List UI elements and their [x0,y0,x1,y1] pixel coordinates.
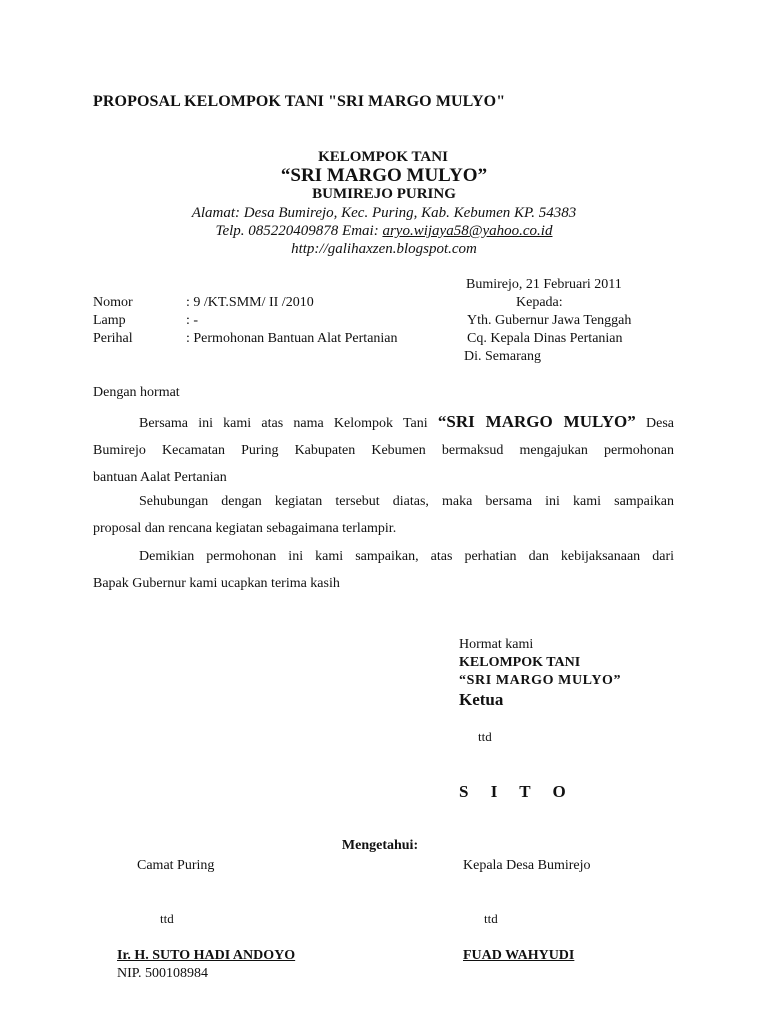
closing: Hormat kami [459,637,533,653]
paragraph-2-line-2: proposal dan rencana kegiatan sebagaiman… [93,515,674,542]
recipient-line-1: Yth. Gubernur Jawa Tenggah [467,313,631,329]
lamp-value: : - [186,313,198,329]
signatory-name: S I T O [459,782,575,802]
camat-ttd: ttd [160,911,174,927]
letterhead-contact: Telp. 085220409878 Emai: aryo.wijaya58@y… [0,223,768,240]
kepada-label: Kepada: [516,295,563,311]
paragraph-1-line-3: bantuan Aalat Pertanian [93,464,674,491]
kepala-desa-ttd: ttd [484,911,498,927]
document-title: PROPOSAL KELOMPOK TANI "SRI MARGO MULYO" [93,93,505,111]
paragraph-2-line-1: Sehubungan dengan kegiatan tersebut diat… [93,488,674,515]
camat-name: Ir. H. SUTO HADI ANDOYO [117,948,295,964]
letterhead-website: http://galihaxzen.blogspot.com [0,241,768,258]
signature-role: Ketua [459,690,503,710]
perihal-value: : Permohonan Bantuan Alat Pertanian [186,331,398,347]
letterhead-org-type: KELOMPOK TANI [0,149,767,166]
letterhead-address: Alamat: Desa Bumirejo, Kec. Puring, Kab.… [0,205,768,222]
letterhead-email-link[interactable]: aryo.wijaya58@yahoo.co.id [382,223,552,239]
kepala-desa-title: Kepala Desa Bumirejo [463,858,591,874]
paragraph-1-line-2: Bumirejo Kecamatan Puring Kabupaten Kebu… [93,437,674,464]
recipient-line-3: Di. Semarang [464,349,541,365]
letterhead-org-name: “SRI MARGO MULYO” [0,165,768,187]
paragraph-1: Bersama ini kami atas nama Kelompok Tani… [93,408,674,491]
greeting: Dengan hormat [93,385,180,401]
camat-nip: NIP. 500108984 [117,966,208,982]
paragraph-3-line-1: Demikian permohonan ini kami sampaikan, … [93,543,674,570]
acknowledgement-heading: Mengetahui: [0,838,764,854]
signature-org-type: KELOMPOK TANI [459,655,580,671]
letterhead-location: BUMIREJO PURING [0,186,768,203]
signature-org-name: “SRI MARGO MULYO” [459,673,621,689]
brand-name-inline: “SRI MARGO MULYO” [438,412,636,431]
nomor-value: : 9 /KT.SMM/ II /2010 [186,295,314,311]
paragraph-3-line-2: Bapak Gubernur kami ucapkan terima kasih [93,570,674,597]
paragraph-1-line-1: Bersama ini kami atas nama Kelompok Tani… [93,408,674,437]
paragraph-2: Sehubungan dengan kegiatan tersebut diat… [93,488,674,542]
letterhead-phone: Telp. 085220409878 Emai: [216,223,383,239]
kepala-desa-name: FUAD WAHYUDI [463,948,574,964]
nomor-label: Nomor [93,295,133,311]
signature-ttd: ttd [478,729,492,745]
perihal-label: Perihal [93,331,133,347]
paragraph-3: Demikian permohonan ini kami sampaikan, … [93,543,674,597]
place-date: Bumirejo, 21 Februari 2011 [466,277,622,293]
camat-title: Camat Puring [137,858,214,874]
recipient-line-2: Cq. Kepala Dinas Pertanian [467,331,623,347]
lamp-label: Lamp [93,313,126,329]
